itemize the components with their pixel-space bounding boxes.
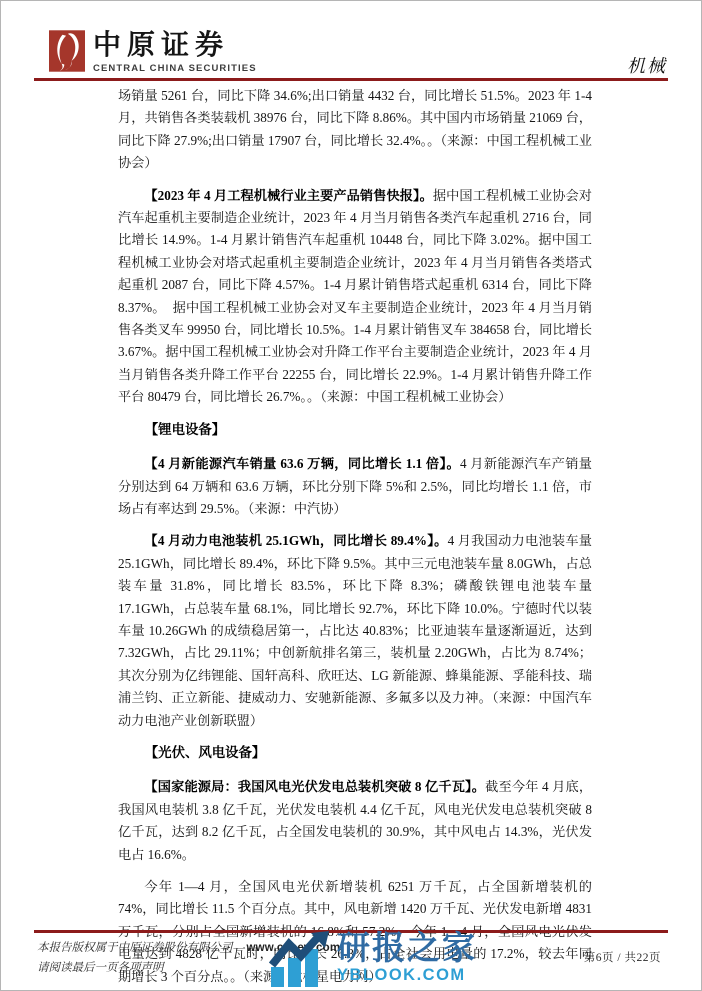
paragraph-lead-bold: 【国家能源局：我国风电光伏发电总装机突破 8 亿千瓦】。 — [144, 779, 485, 794]
paragraph: 场销量 5261 台，同比下降 34.6%;出口销量 4432 台，同比增长 5… — [118, 85, 592, 175]
watermark-domain: YBLOOK.COM — [337, 966, 477, 985]
watermark-text: 研报之家 YBLOOK.COM — [337, 931, 477, 985]
company-logo-text: 中原证券 CENTRAL CHINA SECURITIES — [93, 30, 257, 74]
company-logo: 中原证券 CENTRAL CHINA SECURITIES — [49, 30, 257, 74]
paragraph: 【2023 年 4 月工程机械行业主要产品销售快报】。据中国工程机械工业协会对汽… — [118, 185, 592, 409]
section-heading-pv-wind: 【光伏、风电设备】 — [118, 742, 592, 764]
company-logo-icon — [49, 30, 85, 72]
paragraph: 【4 月动力电池装机 25.1GWh，同比增长 89.4%】。4 月我国动力电池… — [118, 530, 592, 732]
section-heading-lithium: 【锂电设备】 — [118, 419, 592, 441]
paragraph-text: 据中国工程机械工业协会对汽车起重机主要制造企业统计，2023 年 4 月当月销售… — [118, 188, 592, 405]
copyright-text: 本报告版权属于中原证券股份有限公司 — [37, 942, 233, 954]
company-name-cn: 中原证券 — [93, 31, 257, 61]
watermark: 研报之家 YBLOOK.COM — [269, 931, 477, 989]
paragraph-lead-bold: 【4 月新能源汽车销量 63.6 万辆，同比增长 1.1 倍】。 — [144, 456, 460, 471]
report-category: 机械 — [627, 52, 667, 78]
watermark-title: 研报之家 — [337, 931, 477, 965]
company-name-en: CENTRAL CHINA SECURITIES — [93, 63, 257, 74]
report-body: 场销量 5261 台，同比下降 34.6%;出口销量 4432 台，同比增长 5… — [118, 85, 592, 991]
header-divider — [34, 78, 668, 81]
report-page: 中原证券 CENTRAL CHINA SECURITIES 机械 场销量 526… — [0, 0, 702, 991]
paragraph: 【国家能源局：我国风电光伏发电总装机突破 8 亿千瓦】。截至今年 4 月底，我国… — [118, 776, 592, 866]
paragraph-text: 4 月我国动力电池装车量 25.1GWh，同比增长 89.4%，环比下降 9.5… — [118, 533, 592, 727]
watermark-chart-icon — [269, 931, 331, 989]
paragraph: 【4 月新能源汽车销量 63.6 万辆，同比增长 1.1 倍】。4 月新能源汽车… — [118, 453, 592, 520]
paragraph-lead-bold: 【2023 年 4 月工程机械行业主要产品销售快报】。 — [144, 188, 433, 203]
paragraph-lead-bold: 【4 月动力电池装机 25.1GWh，同比增长 89.4%】。 — [144, 533, 447, 548]
paragraph-text: 场销量 5261 台，同比下降 34.6%;出口销量 4432 台，同比增长 5… — [118, 88, 592, 170]
page-number: 第6页 / 共22页 — [584, 949, 661, 965]
